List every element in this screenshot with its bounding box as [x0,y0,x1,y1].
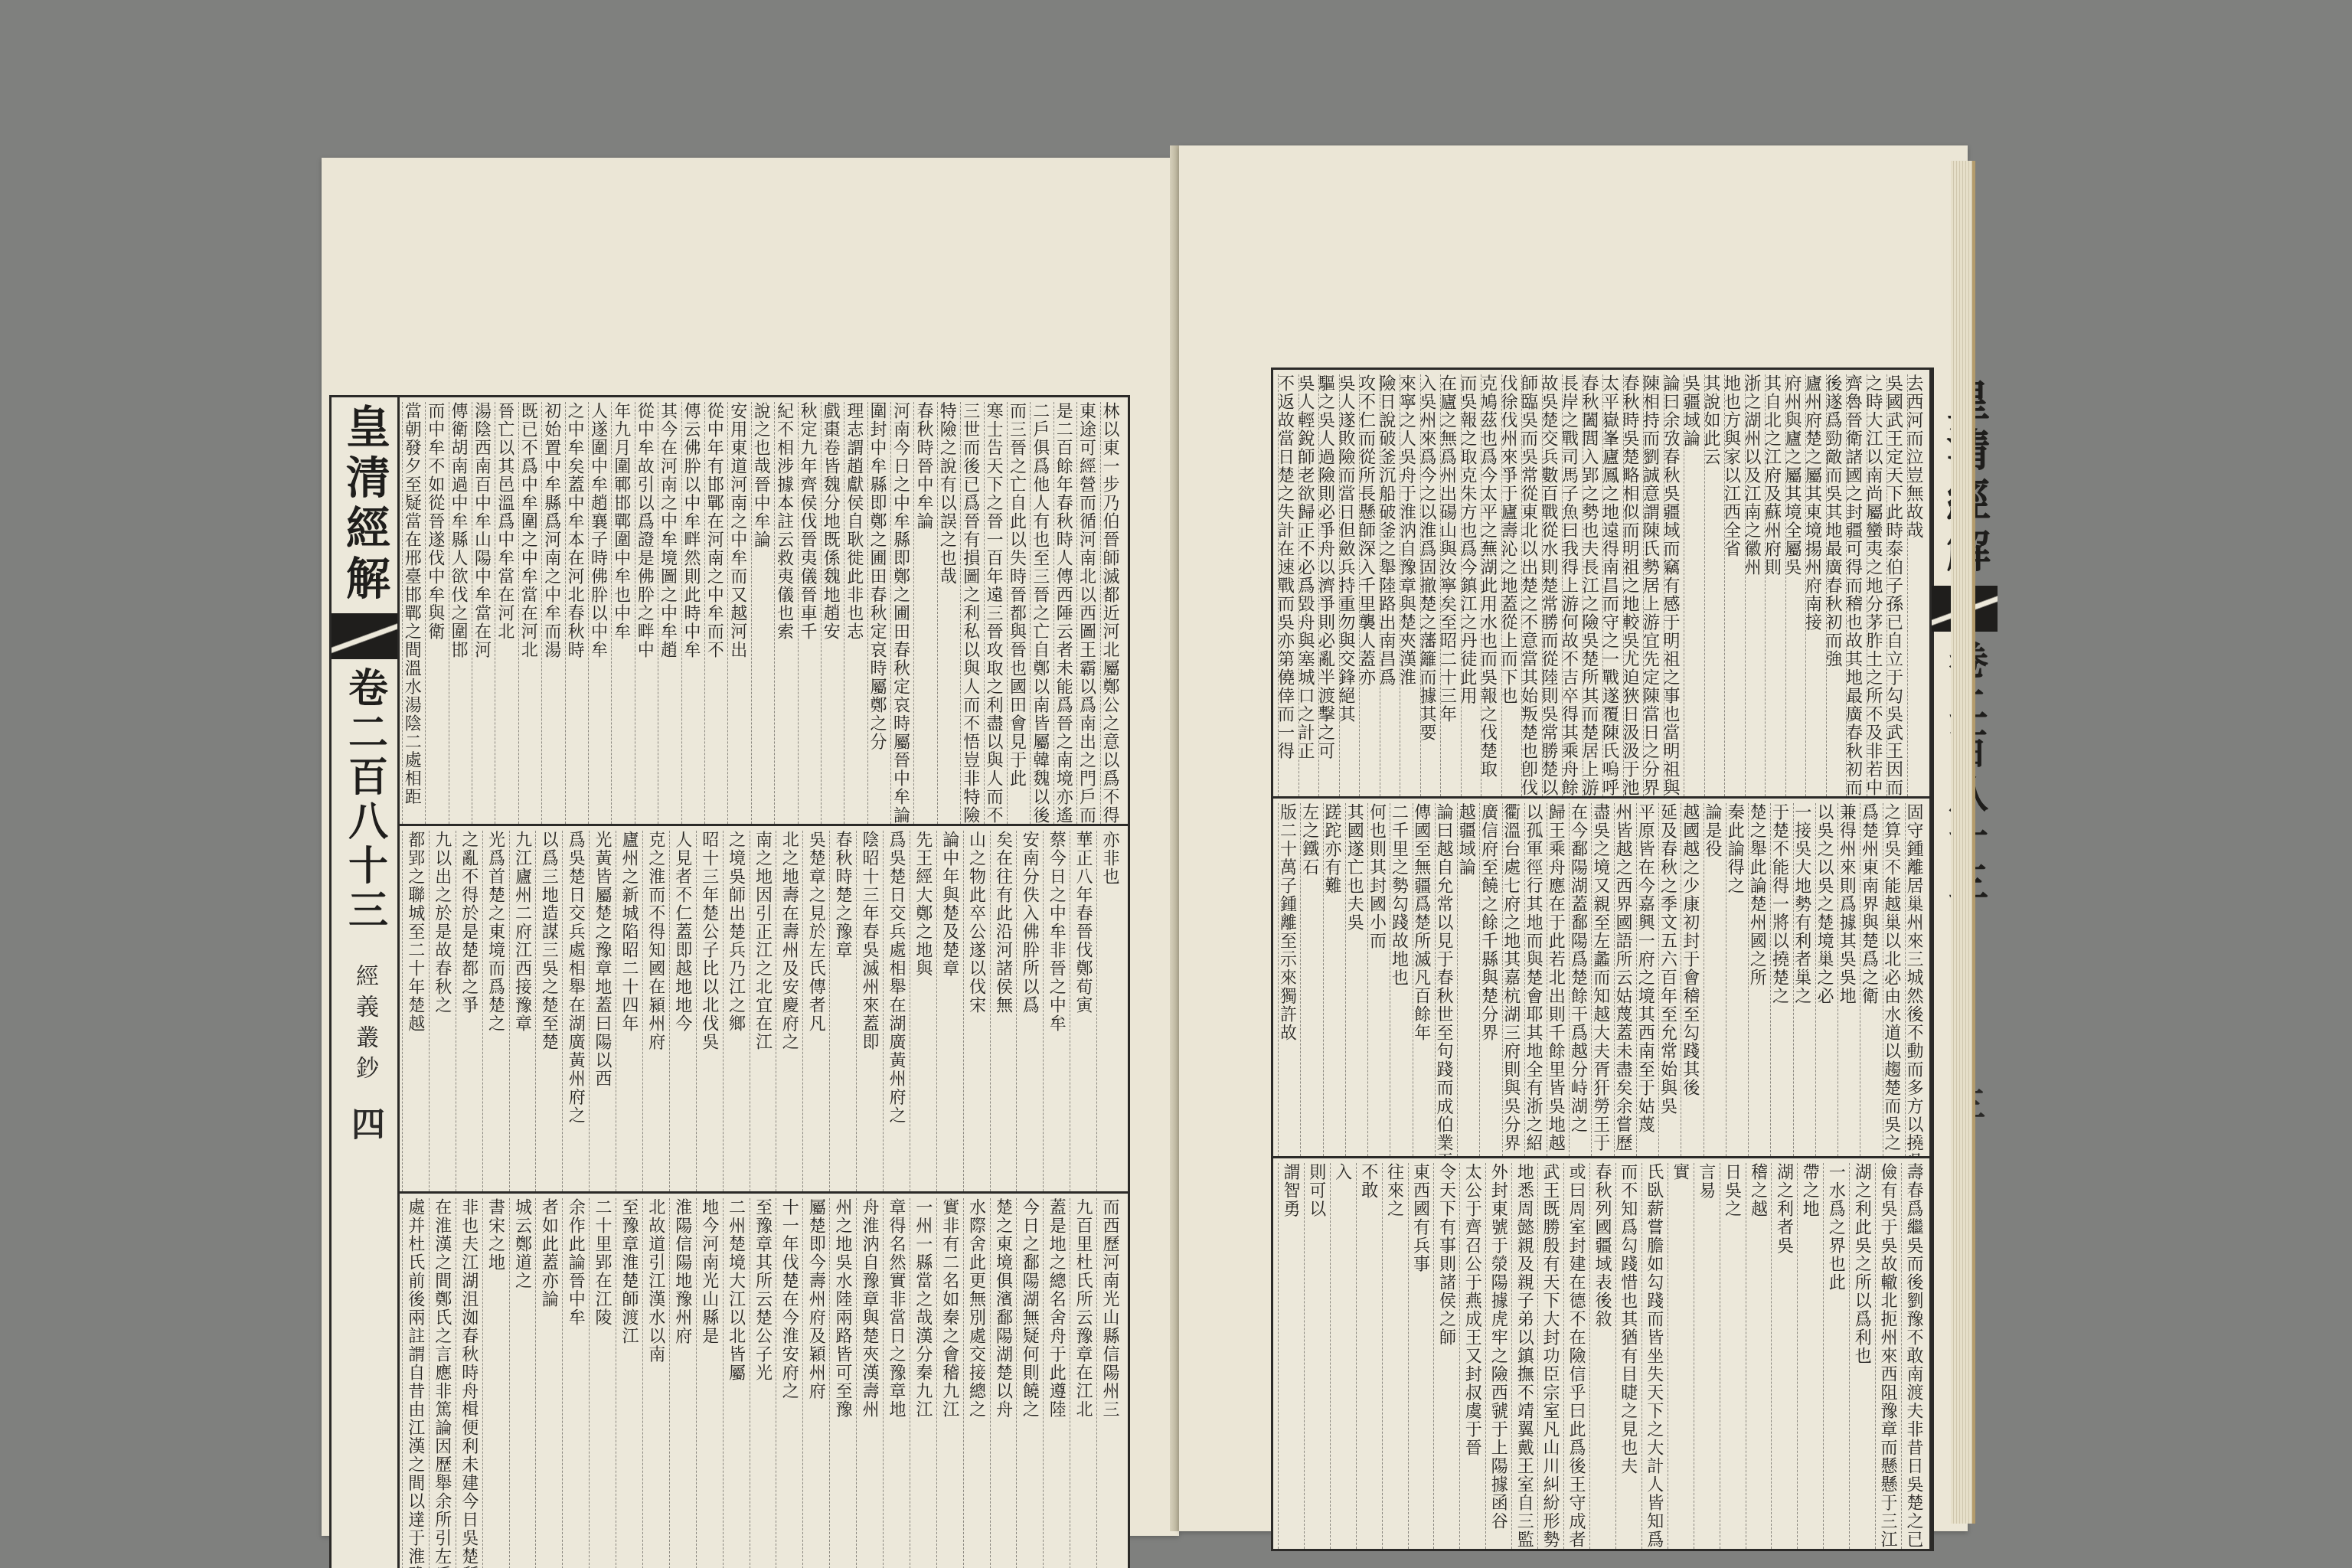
text-column: 書宋之地 [482,1198,509,1568]
text-column: 地悉周懿親及親子弟以鎮撫不靖翼戴王室自三監監殷而 [1511,1163,1537,1549]
text-column: 攻不仁而從所長懸師深入千里襲人蓋亦 [1359,374,1380,796]
right-content: 去西河而泣豈無故哉吳國武王定天下此時泰伯子孫已自立于勾吳武王因而封之時大江以南尚… [1273,370,1932,1549]
text-column: 儉有吳于吳故轍北扼州來西阻豫章而懸懸于三江五 [1875,1163,1901,1549]
text-column: 從中年有邯鄲在河南之中牟而不 [704,402,727,824]
text-column: 陳相持而劉誠意謂陳氏勢居上游宜先定陳當日之分界與 [1643,374,1664,796]
text-column: 版二十萬子鍾離至示來獨許故 [1278,803,1300,1156]
text-column: 之時大江以南尚屬蠻夷之地分茅胙土之所不及非若中原 [1867,374,1887,796]
text-column: 州皆越之西界國語所云姑蔑蓋未盡矣余嘗歷 [1614,803,1636,1156]
text-column: 越國越之少康初封于會稽至勾踐其後 [1681,803,1703,1156]
text-column: 紀不相涉據本註云救夷儀也索 [774,402,797,824]
text-column: 圍封中牟縣即鄭之圃田春秋定哀時屬鄭之分 [867,402,890,824]
text-column: 二州楚境大江以北皆屬 [723,1198,750,1568]
text-column: 廣信府至饒之餘千縣與楚分界 [1479,803,1501,1156]
text-column: 令天下有事則諸侯之師 [1433,1163,1459,1549]
text-column: 理志謂趙獻侯自耿徙此非也志 [844,402,867,824]
text-column: 入 [1330,1163,1356,1549]
text-column: 九江廬州二府江西接豫章 [509,831,536,1191]
text-column: 舟淮汭自豫章與楚夾漢壽州 [856,1198,883,1568]
text-column: 傳衛胡南過中牟縣人欲伐之圍邯 [449,402,472,824]
text-column: 故吳楚交兵數百戰從水則楚常勝而從陸則吳常勝楚以水 [1542,374,1563,796]
text-column: 論是役 [1704,803,1726,1156]
right-register-middle: 固守鍾離居巢州來三城然後不動而多方以撓吳擾其疆之算吳不能越巢以北必由水道以趨楚而… [1273,799,1932,1158]
text-column: 戲棗卷皆魏分地既係魏地趙安 [821,402,844,824]
text-column: 吳疆域論 [1684,374,1704,796]
text-column: 克鳩茲也爲今太平之蕪湖此用水也而吳報之伐楚取 [1481,374,1501,796]
right-register-bottom: 壽春爲繼吳而後劉豫不敢南渡夫非昔日吳楚之已事乎越儉有吳于吳故轍北扼州來西阻豫章而… [1273,1158,1932,1549]
text-column: 南之地因引正江之北宜在江 [750,831,776,1191]
text-column: 當朝發夕至疑當在邢臺邯鄲之間溫水湯陰二處相距 [402,402,425,824]
text-column: 以吳之以吳之楚境巢之必 [1815,803,1837,1156]
text-column: 淮陽信陽地豫州府 [669,1198,696,1568]
text-column: 一水爲之界也此 [1823,1163,1849,1549]
left-register-bottom: 而西歷河南光山縣信陽州三九百里杜氏所云豫章在江北蓋是地之總名舍舟于此遵陸今日之鄱… [397,1194,1128,1568]
text-column: 何也則其封國小而 [1367,803,1390,1156]
text-column: 者如此蓋亦論 [535,1198,562,1568]
text-column: 論曰余攷春秋吳疆域而竊有感于明祖之事也當明祖與 [1664,374,1684,796]
text-column: 楚之舉此論楚州國之所 [1748,803,1770,1156]
text-column: 而三晉之亡自此以失時晉都與晉也國田會見于此 [1007,402,1030,824]
text-column: 不返故當日楚之失計在速戰而吳亦第僥倖而一得 [1278,374,1298,796]
text-column: 帶之地 [1797,1163,1823,1549]
text-column: 亦非也 [1096,831,1123,1191]
text-column: 說之也哉晉中牟論 [751,402,774,824]
text-column: 寒士告天下之晉一百年遠三晉攻取之利盡以與人而不悟豈非 [984,402,1007,824]
text-column: 一州一縣當之哉漢分秦九江 [910,1198,936,1568]
text-column: 之算吳不能越巢以北必由水道以趨楚而吳之 [1883,803,1905,1156]
volume-label: 卷二百八十三 [336,667,394,933]
text-column: 九以出之於是故春秋之 [429,831,456,1191]
text-column: 吳人遂敗險而當日但斂兵持重勿與交鋒絕其 [1339,374,1360,796]
text-column: 春秋列國疆域表後敘 [1589,1163,1615,1549]
text-column: 秋定九年齊侯伐晉夷儀晉車千 [798,402,821,824]
text-column: 傳國至無疆爲楚所滅凡百餘年 [1413,803,1435,1156]
text-column: 伐徐伐州來爭于廬壽沁之地蓋從上而下也 [1501,374,1522,796]
text-column: 光爲首楚之東境而爲楚之 [482,831,509,1191]
text-column: 兼得州來則爲據其吳吳地 [1837,803,1860,1156]
text-column: 爲吳楚日交兵處相舉在湖廣黃州府之 [562,831,589,1191]
text-column: 之境吳師出楚兵乃江之鄉 [723,831,750,1191]
text-column: 吳人輕銳師老欲歸正不必爲毀舟與塞城口之計正 [1298,374,1319,796]
text-column: 而吳報之取克朱方也爲今鎮江之丹徒此用 [1461,374,1481,796]
text-column: 蔡今日之中牟非晉之中牟 [1043,831,1070,1191]
text-column: 三世而後已爲晉有損圖之利私以與人而不悟豈非特險之說 [960,402,983,824]
text-column: 盡吳之境又親至左蠡而知越大夫胥犴勞王于 [1591,803,1613,1156]
text-column: 而西歷河南光山縣信陽州三 [1096,1198,1123,1568]
text-column: 光黃皆屬楚之豫章地蓋曰陽以西 [589,831,616,1191]
text-column: 河南今日之中牟縣即鄭之圃田春秋定哀時屬晉中牟論 [890,402,913,824]
left-register-top: 林以東一步乃伯晉師滅都近河北屬鄭公之意以爲不得于東途可經營而循河南北以西圖王霸以… [397,397,1128,826]
left-page: 皇清經解 卷二百八十三 經義叢鈔 四 林以東一步乃伯晉師滅都近河北屬鄭公之意以爲… [322,158,1179,1536]
text-column: 非也夫江湖沮洳春秋時舟楫便利未建今日吳楚所爭實 [456,1198,482,1568]
text-column: 北故道引江漢水以南 [642,1198,669,1568]
page-edges [1951,161,1975,1524]
text-column: 春秋時吳楚略相似而明祖之地較吳尤迫狹日汲汲于池州 [1623,374,1644,796]
text-column: 人遂圍中牟趙襄子時佛肸以中牟 [588,402,611,824]
text-column: 從中牟故引以爲證是佛肸之畔中 [635,402,658,824]
text-column: 或曰周室封建在德不在險信乎曰此爲後王守成者言之也 [1563,1163,1589,1549]
text-column: 克之淮而不得知國在潁州府 [642,831,669,1191]
text-column: 以孤軍徑行其地而與楚會耶其地全有浙之紹 [1524,803,1547,1156]
text-column: 來寧之人吳舟于淮汭自豫章與楚夾漢淮 [1400,374,1420,796]
text-column: 是二百餘年春秋時人傳西陲云者未能爲晉之南境亦遙 [1053,402,1076,824]
right-register-top: 去西河而泣豈無故哉吳國武王定天下此時泰伯子孫已自立于勾吳武王因而封之時大江以南尚… [1273,370,1932,799]
text-column: 昭十三年楚公子比以北伐吳 [696,831,723,1191]
text-column: 言易 [1694,1163,1720,1549]
text-column: 氏臥薪嘗膽如勾踐而皆坐失天下之大計人皆知爲項氏惜 [1641,1163,1668,1549]
text-column: 太平嶽峯廬鳳之地遠得南昌而守之一戰遂覆陳氏嗚呼此 [1602,374,1623,796]
text-column: 其今在河南之中牟境圖之中牟趙 [658,402,681,824]
text-column: 安用東道河南之中牟而又越河出 [727,402,750,824]
text-column: 太公于齊召公于燕成王又封叔虞于晉 [1459,1163,1485,1549]
text-column: 府州與廬之屬其境全屬吳 [1785,374,1806,796]
text-column: 險日說破釜沉船破釜之舉陸路出南昌爲 [1380,374,1400,796]
text-column: 在今鄱陽湖蓋鄱陽爲楚餘干爲越分峙湖之 [1569,803,1591,1156]
text-column: 吳國武王定天下此時泰伯子孫已自立于勾吳武王因而封 [1886,374,1907,796]
text-column: 之中牟矣蓋中牟本在河北春秋時 [565,402,588,824]
text-column: 壽春爲繼吳而後劉豫不敢南渡夫非昔日吳楚之已事乎越 [1901,1163,1927,1549]
text-column: 其國遂亡也夫吳 [1345,803,1367,1156]
text-column: 陰昭十三年春吳滅州來蓋即 [856,831,883,1191]
text-column: 去西河而泣豈無故哉 [1907,374,1928,796]
text-column: 廬州府楚之屬其東境揚州府南接 [1805,374,1826,796]
left-register-middle: 亦非也華正八年春晉伐鄭荀寅蔡今日之中牟非晉之中牟安南分佚入佛肸所以爲矣在往有此沿… [397,826,1128,1194]
text-column: 二千里之勢勾踐故地也 [1390,803,1412,1156]
text-column: 年九月圍鄆邯鄲圍中牟也中牟 [611,402,634,824]
text-column: 于楚不能得一將以撓楚之 [1770,803,1792,1156]
text-column: 東西國有兵事 [1408,1163,1434,1549]
text-column: 謂智勇 [1278,1163,1304,1549]
text-column: 地今河南光山縣是 [696,1198,723,1568]
text-column: 林以東一步乃伯晉師滅都近河北屬鄭公之意以爲不得于 [1100,402,1123,824]
text-column: 實 [1668,1163,1694,1549]
text-column: 安南分佚入佛肸所以爲 [1016,831,1043,1191]
text-column: 章得名然實非當日之豫章地 [883,1198,910,1568]
left-content: 林以東一步乃伯晉師滅都近河北屬鄭公之意以爲不得于東途可經營而循河南北以西圖王霸以… [397,397,1128,1568]
text-column: 歸王乘舟應在于此若北出則千餘里皆吳地越 [1547,803,1569,1156]
text-column: 其說如此云 [1704,374,1725,796]
text-column: 稽之越 [1746,1163,1772,1549]
text-column: 長岸之戰司馬子魚曰我得上游何故不吉卒得其乘舟餘皇 [1562,374,1583,796]
text-column: 水際舍此更無別處交接總之 [963,1198,990,1568]
text-column: 不敢 [1356,1163,1382,1549]
text-column: 屬楚即今壽州府及穎州府 [802,1198,829,1568]
text-column: 矣在往有此沿河諸侯無 [990,831,1017,1191]
text-column: 外封東號于滎陽據虎牢之險西虢于上陽據函谷 [1485,1163,1511,1549]
text-column: 人見者不仁蓋即越地地今 [669,831,696,1191]
text-column: 湯陰西南百中牟山陽中牟當在河 [472,402,495,824]
left-page-frame: 皇清經解 卷二百八十三 經義叢鈔 四 林以東一步乃伯晉師滅都近河北屬鄭公之意以爲… [329,395,1130,1568]
text-column: 則可以 [1304,1163,1330,1549]
text-column: 華正八年春晉伐鄭荀寅 [1070,831,1096,1191]
text-column: 山之物此卒公遂以伐宋 [963,831,990,1191]
text-column: 先王經大鄭之地與 [910,831,936,1191]
text-column: 左之鐵石 [1300,803,1322,1156]
text-column: 武王既勝殷有天下大封功臣宗室凡山川糾紛形勢禁格之 [1537,1163,1563,1549]
text-column: 秦此論得之 [1726,803,1748,1156]
text-column: 齊魯晉衛諸國之封疆可得而稽也故其地最廣春秋初而 [1846,374,1867,796]
text-column: 城云鄭道之 [509,1198,536,1568]
text-column: 春秋時楚之豫章 [829,831,856,1191]
text-column: 論曰越自允常以見于春秋世至句踐而成伯業天下 [1435,803,1457,1156]
open-book: 皇清經解 卷二百八十三 經義叢鈔 四 林以東一步乃伯晉師滅都近河北屬鄭公之意以爲… [322,115,1968,1539]
right-page: 去西河而泣豈無故哉吳國武王定天下此時泰伯子孫已自立于勾吳武王因而封之時大江以南尚… [1179,145,1968,1531]
text-column: 晉亡以其邑溫爲中牟當在河北 [495,402,518,824]
text-column: 而中牟不如從晉遂伐中牟與衛 [425,402,448,824]
text-column: 余作此論晉中牟 [562,1198,589,1568]
text-column: 北之地壽在壽州及安慶府之 [776,831,802,1191]
text-column: 春秋闔閭入郢之勢也夫長江之險吳楚所其而楚居上游故 [1583,374,1603,796]
text-column: 湖之利者吳 [1771,1163,1797,1549]
text-column: 特險之說有以誤之也哉 [937,402,960,824]
text-column: 之亂不得於是楚都之爭 [456,831,482,1191]
text-column: 以爲三地造謀三吳之楚至楚 [535,831,562,1191]
text-column: 在淮漢之間鄭氏之言應非篤論因歷舉余所引左氏傳六 [429,1198,456,1568]
text-column: 衢溫台處七府之地其嘉杭湖三府則與吳分界 [1502,803,1524,1156]
text-column: 二十里郢在江陵 [589,1198,616,1568]
text-column: 往來之 [1382,1163,1408,1549]
text-column: 既已不爲中牟圍之中牟當在河北 [518,402,541,824]
text-column: 至豫章淮楚師渡江 [616,1198,642,1568]
text-column: 實非有二名如秦之會稽九江 [936,1198,963,1568]
text-column: 都郢之聯城至二十年楚越 [402,831,429,1191]
text-column: 而不知爲勾踐惜也其猶有目睫之見也夫 [1615,1163,1641,1549]
text-column: 爲吳楚日交兵處相舉在湖廣黃州府之 [883,831,910,1191]
text-column: 湖之利此吳之所以爲利也 [1849,1163,1875,1549]
sub-title: 經義叢鈔 [348,964,381,1086]
text-column: 浙之湖州以及江南之徽州 [1745,374,1766,796]
text-column: 論中年與楚及楚章 [936,831,963,1191]
text-column: 其自北之江府及蘇州府則 [1765,374,1785,796]
text-column: 十一年伐楚在今淮安府之 [776,1198,802,1568]
text-column: 日吳之 [1720,1163,1746,1549]
fishtail-mark-icon [332,613,397,659]
text-column: 後遂爲勁敵而吳其地最廣春秋初而強 [1826,374,1847,796]
text-column: 州之地吳水陸兩路皆可至豫 [829,1198,856,1568]
text-column: 越疆域論 [1457,803,1479,1156]
text-column: 在廬之無爲州出碭山與汝寧矣至昭二十三年 [1440,374,1461,796]
text-column: 今日之鄱陽湖無疑何則饒之 [1016,1198,1043,1568]
right-page-frame: 去西河而泣豈無故哉吳國武王定天下此時泰伯子孫已自立于勾吳武王因而封之時大江以南尚… [1271,367,1934,1551]
text-column: 驅之吳人過險則必爭舟以濟爭則必亂半渡擊之可 [1318,374,1339,796]
text-column: 春秋時晉中牟論 [913,402,936,824]
text-column: 吳楚章之見於左氏傳者凡 [802,831,829,1191]
text-column: 楚之東境俱濱鄱陽湖楚以舟 [990,1198,1017,1568]
text-column: 爲楚州東南界與楚爲之衛 [1860,803,1882,1156]
text-column: 地也方與家以江西全省 [1724,374,1745,796]
text-column: 延及春秋之季文五六百年至允常始與吳 [1658,803,1681,1156]
text-column: 平原皆在今嘉興一府之境其西南至于姑蔑 [1636,803,1658,1156]
text-column: 處并杜氏前後兩註謂自昔由江漢之間以達于淮豫章實 [402,1198,429,1568]
text-column: 一接吳大地勢有利者巢之 [1793,803,1815,1156]
text-column: 至豫章其所云楚公子光 [750,1198,776,1568]
text-column: 初始置中牟縣爲河南之中牟而湯 [541,402,564,824]
text-column: 師臨吳而吳常從東北以出楚之不意當其始叛楚也卽伐巢 [1521,374,1542,796]
text-column: 九百里杜氏所云豫章在江北 [1070,1198,1096,1568]
page-number: 四 [340,1106,389,1140]
series-title: 皇清經解 [332,403,397,606]
text-column: 蹉跎亦有難 [1323,803,1345,1156]
text-column: 入吳州來爲今之以淮爲固撤楚之藩籬而據其要 [1420,374,1441,796]
text-column: 傳云佛肸以中牟畔然則此時中牟 [681,402,704,824]
text-column: 東途可經營而循河南北以西圖王霸以爲南出之門戶而不欲不能 [1076,402,1099,824]
text-column: 蓋是地之總名舍舟于此遵陸 [1043,1198,1070,1568]
left-title-column: 皇清經解 卷二百八十三 經義叢鈔 四 [332,397,400,1568]
text-column: 固守鍾離居巢州來三城然後不動而多方以撓吳擾其疆 [1905,803,1927,1156]
text-column: 廬州之新城陷昭二十四年 [616,831,642,1191]
text-column: 二戶俱爲他人有也至三晉之亡自鄭以南皆屬韓魏以後 [1030,402,1053,824]
